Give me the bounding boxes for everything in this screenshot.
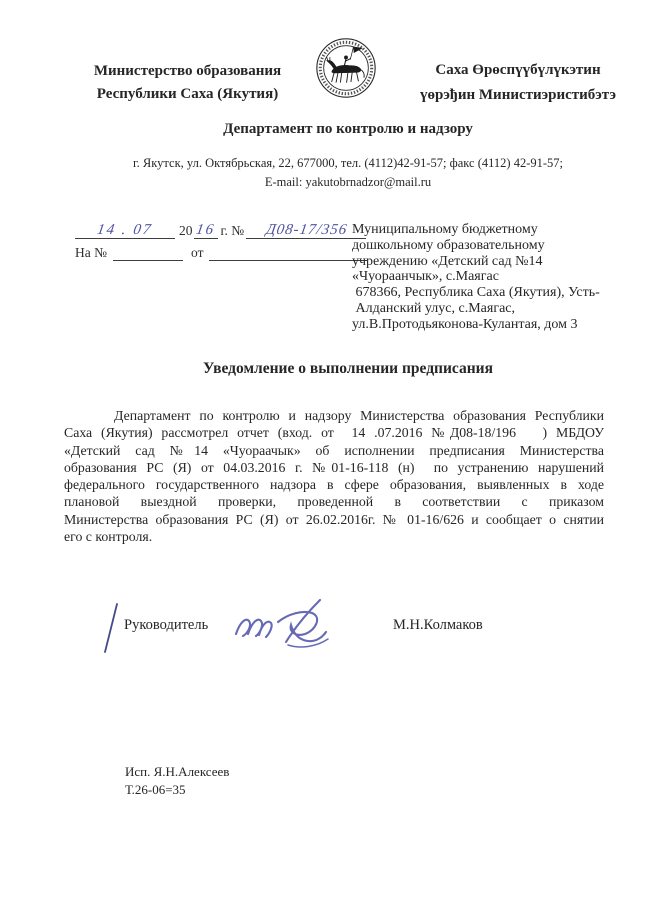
reply-label: На № (75, 245, 107, 261)
ministry-name-ru: Министерство образования Республики Саха… (85, 60, 290, 106)
body-line: его с контроля. (64, 528, 604, 545)
body-line: «Детский сад №14 «Чуораачык» об исполнен… (64, 442, 604, 459)
handwritten-number: Д08-17/356 (264, 222, 348, 239)
contact-address: г. Якутск, ул. Октябрьская, 22, 677000, … (30, 154, 666, 191)
recipient-line: Муниципальному бюджетному (352, 222, 654, 238)
date-number-line: 14 . 07 20 16 г. № Д08-17/356 (75, 221, 375, 239)
email-line: E-mail: yakutobrnadzor@mail.ru (30, 173, 666, 192)
body-line: Саха (Якутия) рассмотрел отчет (вход. от… (64, 424, 604, 441)
handwritten-year: 16 (195, 222, 217, 239)
body-line: образования РС (Я) от 04.03.2016 г. №01-… (64, 459, 604, 476)
document-page: Министерство образования Республики Саха… (0, 0, 666, 915)
year-prefix: 20 (179, 223, 193, 239)
body-line: плановой выездной проверки, проведенной … (64, 493, 604, 510)
ministry-name-ru-line1: Министерство образования (85, 60, 290, 83)
reply-date-blank (209, 243, 367, 261)
signer-position-label: Руководитель (124, 617, 208, 634)
ministry-name-ru-line2: Республики Саха (Якутия) (85, 83, 290, 106)
executor-phone: Т.26-06=35 (125, 781, 229, 799)
body-paragraph: Департамент по контролю и надзору Минист… (64, 407, 604, 545)
handwritten-signature-icon (228, 592, 343, 654)
reply-from-label: от (191, 245, 203, 261)
executor-block: Исп. Я.Н.Алексеев Т.26-06=35 (125, 763, 229, 798)
recipient-line: учреждению «Детский сад №14 (352, 254, 654, 270)
horse-rider-icon (327, 47, 364, 82)
number-label: г. № (221, 223, 245, 239)
department-title: Департамент по контролю и надзору (30, 121, 666, 138)
sakha-horse-rider-seal-icon (315, 36, 377, 100)
number-blank: Д08-17/356 (246, 221, 366, 239)
signer-name: М.Н.Колмаков (393, 617, 483, 634)
pen-slash-icon (101, 602, 121, 654)
ministry-name-sakha: Саха Өрөспүүбүлүкэтин үөрэђин Министиэри… (388, 58, 648, 108)
year-blank: 16 (194, 221, 218, 239)
body-line: федерального государственного надзора в … (64, 476, 604, 493)
recipient-line: дошкольному образовательному (352, 238, 654, 254)
recipient-line: Алданский улус, с.Маягас, (352, 301, 654, 317)
address-line: г. Якутск, ул. Октябрьская, 22, 677000, … (30, 154, 666, 173)
ministry-name-sakha-line2: үөрэђин Министиэристибэтэ (388, 83, 648, 108)
reply-number-blank (113, 243, 183, 261)
reply-reference-line: На № от (75, 243, 375, 261)
recipient-line: «Чуораанчык», с.Маягас (352, 269, 654, 285)
handwritten-date: 14 . 07 (96, 222, 154, 239)
reference-block: 14 . 07 20 16 г. № Д08-17/356 На № от (75, 221, 375, 261)
recipient-line: ул.В.Протодьяконова-Кулантая, дом 3 (352, 317, 654, 333)
ministry-name-sakha-line1: Саха Өрөспүүбүлүкэтин (388, 58, 648, 83)
body-line: Министерства образования РС (Я) от 26.02… (64, 511, 604, 528)
recipient-line: 678366, Республика Саха (Якутия), Усть- (352, 285, 654, 301)
recipient-block: Муниципальному бюджетному дошкольному об… (352, 222, 654, 333)
body-line: Департамент по контролю и надзору Минист… (64, 407, 604, 424)
executor-name: Исп. Я.Н.Алексеев (125, 763, 229, 781)
date-blank: 14 . 07 (75, 221, 175, 239)
document-title: Уведомление о выполнении предписания (30, 360, 666, 378)
